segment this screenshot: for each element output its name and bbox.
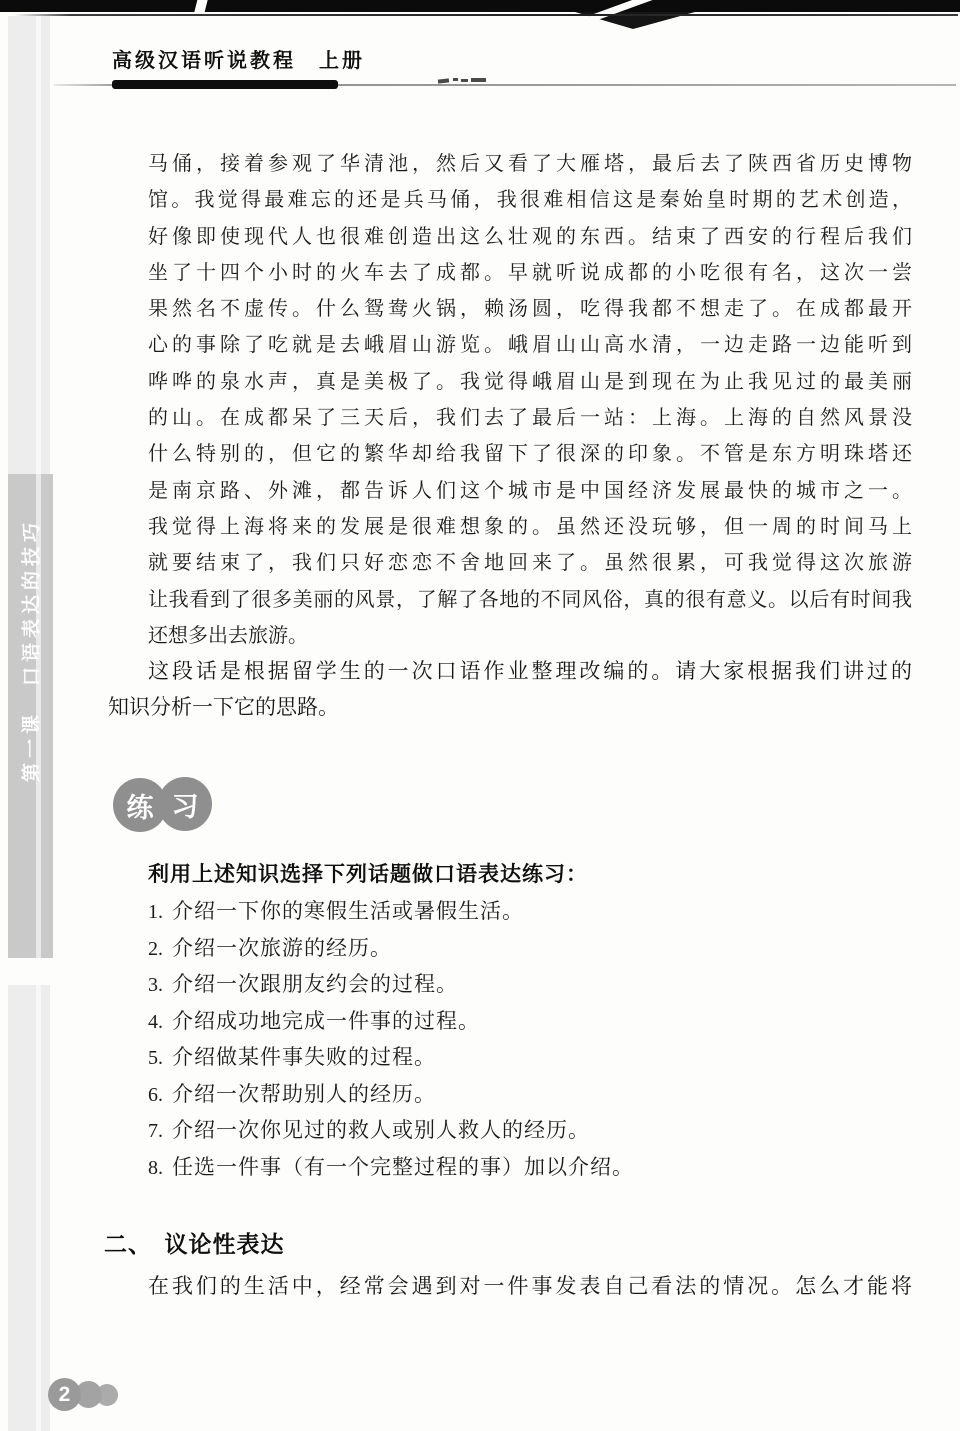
passage-line: 马俑，接着参观了华清池，然后又看了大雁塔，最后去了陕西省历史博物 [148, 146, 912, 182]
top-separator-line [14, 14, 958, 16]
book-title: 高级汉语听说教程 上册 [112, 44, 365, 73]
exercise-number: 1. [148, 894, 163, 931]
exercise-text: 介绍一次你见过的救人或别人救人的经历。 [172, 1112, 590, 1149]
passage-line: 哗哗的泉水声，真是美极了。我觉得峨眉山是到现在为止我见过的最美丽 [148, 364, 912, 400]
section-paragraph: 在我们的生活中，经常会遇到对一件事发表自己看法的情况。怎么才能将 [148, 1270, 912, 1304]
top-scan-bar [0, 0, 960, 12]
passage-line: 心的事除了吃就是去峨眉山游览。峨眉山山高水清，一边走路一边能听到 [148, 327, 912, 363]
passage-line: 好像即使现代人也很难创造出这么壮观的东西。结束了西安的行程后我们 [148, 219, 912, 255]
passage-line: 就要结束了，我们只好恋恋不舍地回来了。虽然很累，可我觉得这次旅游 [148, 545, 912, 581]
section-heading: 二、 议论性表达 [104, 1226, 285, 1259]
exercise-text: 介绍一次跟朋友约会的过程。 [172, 966, 458, 1003]
exercise-number: 3. [148, 967, 163, 1004]
followup-line: 这段话是根据留学生的一次口语作业整理改编的。请大家根据我们讲过的 [108, 654, 912, 690]
passage-line: 让我看到了很多美丽的风景，了解了各地的不同风俗，真的很有意义。以后有时间我 [148, 582, 912, 618]
scan-artifact [453, 78, 458, 81]
exercise-number: 7. [148, 1113, 163, 1150]
exercise-number: 8. [148, 1150, 163, 1187]
exercise-number: 4. [148, 1004, 163, 1041]
scan-artifact [471, 78, 486, 82]
passage-block: 马俑，接着参观了华清池，然后又看了大雁塔，最后去了陕西省历史博物 馆。我觉得最难… [148, 146, 912, 654]
exercise-item: 7. 介绍一次你见过的救人或别人救人的经历。 [148, 1112, 848, 1149]
scanned-textbook-page: 第一课 口语表达的技巧 高级汉语听说教程 上册 马俑，接着参观了华清池，然后又看… [0, 0, 960, 1431]
exercises-list: 1. 介绍一下你的寒假生活或暑假生活。 2. 介绍一次旅游的经历。 3. 介绍一… [148, 893, 848, 1185]
page-number-circle-large: 2 [48, 1378, 81, 1411]
exercise-item: 6. 介绍一次帮助别人的经历。 [148, 1076, 848, 1113]
passage-line: 还想多出去旅游。 [148, 618, 912, 654]
passage-line: 我觉得上海将来的发展是很难想象的。虽然还没玩够，但一周的时间马上 [148, 509, 912, 545]
exercise-item: 5. 介绍做某件事失败的过程。 [148, 1039, 848, 1076]
exercise-text: 介绍一次帮助别人的经历。 [172, 1076, 436, 1113]
exercise-number: 6. [148, 1077, 163, 1114]
passage-line: 坐了十四个小时的火车去了成都。早就听说成都的小吃很有名，这次一尝 [148, 255, 912, 291]
exercise-item: 8. 任选一件事（有一个完整过程的事）加以介绍。 [148, 1149, 848, 1186]
passage-line: 是南京路、外滩，都告诉人们这个城市是中国经济发展最快的城市之一。 [148, 473, 912, 509]
practice-badge-circle-right: 习 [158, 777, 212, 831]
exercise-item: 1. 介绍一下你的寒假生活或暑假生活。 [148, 893, 848, 930]
exercise-text: 介绍一次旅游的经历。 [172, 930, 392, 967]
exercises-intro: 利用上述知识选择下列话题做口语表达练习： [148, 858, 588, 888]
scan-artifact [438, 78, 449, 83]
scan-artifact [461, 79, 468, 82]
followup-line: 知识分析一下它的思路。 [108, 690, 912, 726]
passage-line: 的山。在成都呆了三天后，我们去了最后一站：上海。上海的自然风景没 [148, 400, 912, 436]
passage-line: 什么特别的，但它的繁华却给我留下了很深的印象。不管是东方明珠塔还 [148, 436, 912, 472]
passage-line: 果然名不虚传。什么鸳鸯火锅，赖汤圆，吃得我都不想走了。在成都最开 [148, 291, 912, 327]
exercise-text: 介绍成功地完成一件事的过程。 [172, 1003, 480, 1040]
exercise-number: 2. [148, 931, 163, 968]
chapter-tab-label: 第一课 口语表达的技巧 [17, 518, 44, 782]
exercise-item: 2. 介绍一次旅游的经历。 [148, 930, 848, 967]
exercise-item: 4. 介绍成功地完成一件事的过程。 [148, 1003, 848, 1040]
passage-line: 馆。我觉得最难忘的还是兵马俑，我很难相信这是秦始皇时期的艺术创造， [148, 182, 912, 218]
page-number-text: 2 [59, 1383, 71, 1407]
followup-paragraph: 这段话是根据留学生的一次口语作业整理改编的。请大家根据我们讲过的 知识分析一下它… [108, 654, 912, 727]
practice-badge-char: 练 [127, 786, 154, 825]
exercise-text: 任选一件事（有一个完整过程的事）加以介绍。 [172, 1149, 634, 1186]
header-rule-thick [112, 80, 338, 89]
exercise-text: 介绍一下你的寒假生活或暑假生活。 [172, 893, 524, 930]
exercise-text: 介绍做某件事失败的过程。 [172, 1039, 436, 1076]
exercise-number: 5. [148, 1040, 163, 1077]
chapter-tab-gap [6, 958, 54, 985]
practice-badge-char: 习 [172, 785, 199, 824]
exercise-item: 3. 介绍一次跟朋友约会的过程。 [148, 966, 848, 1003]
